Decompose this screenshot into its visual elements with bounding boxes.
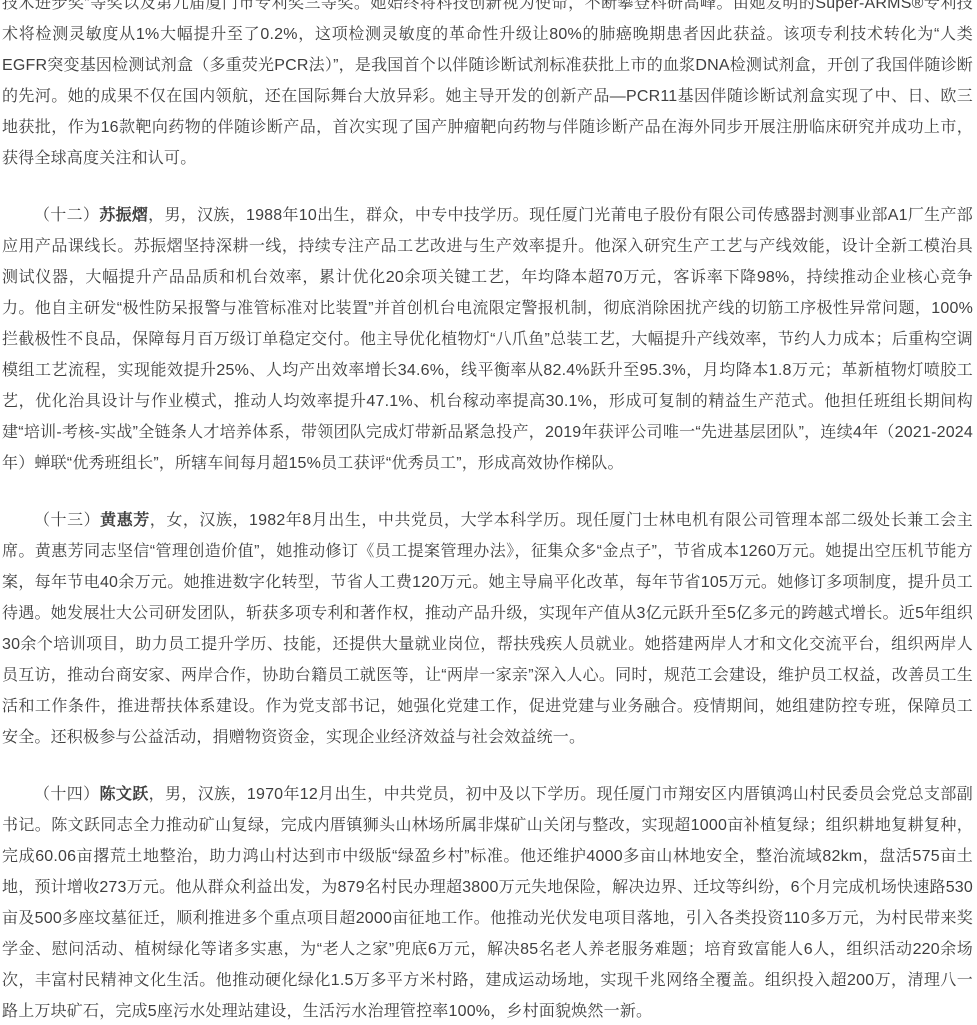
paragraph-text: ，女，汉族，1982年8月出生，中共党员，大学本科学历。现任厦门士林电机有限公司… bbox=[2, 512, 973, 746]
paragraph-continuation: 技术进步奖”等奖以及第九届厦门市专利奖三等奖。她始终将科技创新视为使命，不断攀登… bbox=[2, 0, 973, 174]
list-ordinal: （十四） bbox=[34, 786, 100, 803]
list-ordinal: （十二） bbox=[34, 207, 99, 224]
paragraph-item-13: （十三）黄惠芳，女，汉族，1982年8月出生，中共党员，大学本科学历。现任厦门士… bbox=[2, 505, 973, 753]
paragraph-item-14: （十四）陈文跃，男，汉族，1970年12月出生，中共党员，初中及以下学历。现任厦… bbox=[2, 779, 973, 1025]
person-name: 陈文跃 bbox=[100, 786, 149, 803]
paragraph-text: ，男，汉族，1970年12月出生，中共党员，初中及以下学历。现任厦门市翔安区内厝… bbox=[2, 786, 973, 1020]
person-name: 苏振熠 bbox=[99, 207, 148, 224]
document-page: 技术进步奖”等奖以及第九届厦门市专利奖三等奖。她始终将科技创新视为使命，不断攀登… bbox=[0, 0, 977, 1025]
list-ordinal: （十三） bbox=[34, 512, 100, 529]
paragraph-item-12: （十二）苏振熠，男，汉族，1988年10出生，群众，中专中技学历。现任厦门光莆电… bbox=[2, 200, 973, 479]
person-name: 黄惠芳 bbox=[100, 512, 150, 529]
paragraph-text: 技术进步奖”等奖以及第九届厦门市专利奖三等奖。她始终将科技创新视为使命，不断攀登… bbox=[2, 0, 973, 167]
paragraph-text: ，男，汉族，1988年10出生，群众，中专中技学历。现任厦门光莆电子股份有限公司… bbox=[2, 207, 973, 472]
